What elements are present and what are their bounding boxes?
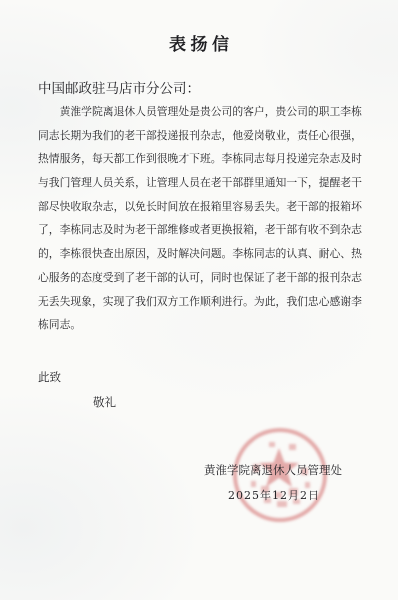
body-line: 心服务的态度受到了老干部的认可，同时也保证了老干部的报刊杂志 bbox=[38, 266, 360, 290]
signature-line: 黄淮学院离退休人员管理处 bbox=[204, 462, 342, 478]
body-line: 黄淮学院离退休人员管理处是贵公司的客户，贵公司的职工李栋 bbox=[38, 100, 360, 124]
body-line: 与我门管理人员关系，让管理人员在老干部群里通知一下，提醒老干 bbox=[38, 171, 360, 195]
letter-title: 表扬信 bbox=[0, 30, 398, 55]
closing-salute: 敬礼 bbox=[93, 394, 116, 410]
body-line: 热情服务，每天都工作到很晚才下班。李栋同志每月投递完杂志及时 bbox=[38, 147, 360, 171]
letter-page: 表扬信 中国邮政驻马店市分公司： 黄淮学院离退休人员管理处是贵公司的客户，贵公司… bbox=[0, 0, 398, 600]
date-line: 2025年12月2日 bbox=[228, 487, 320, 503]
letter-body: 黄淮学院离退休人员管理处是贵公司的客户，贵公司的职工李栋 同志长期为我们的老干部… bbox=[38, 100, 360, 337]
body-line: 同志长期为我们的老干部投递报刊杂志，他爱岗敬业，责任心很强， bbox=[38, 124, 360, 148]
salutation-line: 中国邮政驻马店市分公司： bbox=[38, 77, 200, 97]
body-line: 部尽快收取杂志，以免长时间放在报箱里容易丢失。老干部的报箱坏 bbox=[38, 195, 360, 219]
body-line: 栋同志。 bbox=[38, 313, 360, 337]
closing-phrase: 此致 bbox=[38, 369, 61, 385]
body-line: 无丢失现象，实现了我们双方工作顺利进行。为此，我们忠心感谢李 bbox=[38, 290, 360, 314]
body-line: 了，李栋同志及时为老干部维修或者更换报箱，老干部有收不到杂志 bbox=[38, 218, 360, 242]
body-line: 的，李栋很快查出原因，及时解决问题。李栋同志的认真、耐心、热 bbox=[38, 242, 360, 266]
